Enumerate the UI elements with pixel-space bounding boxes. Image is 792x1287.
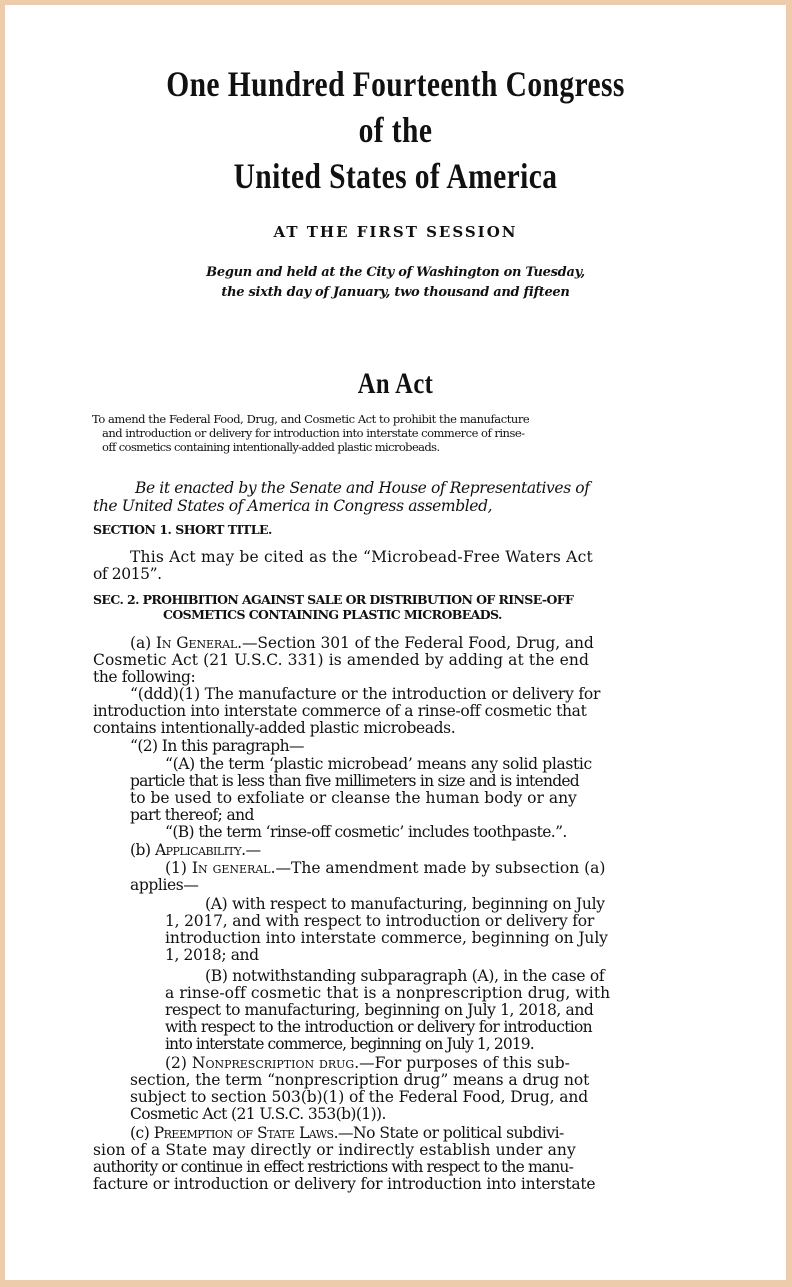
subsection-b-line10: with respect to the introduction or deli…	[165, 1018, 592, 1036]
congress-title-line3: United States of America	[75, 155, 715, 197]
subsection-a-line4: “(ddd)(1) The manufacture or the introdu…	[130, 685, 600, 703]
subsection-a-line1: (a) In General.—Section 301 of the Feder…	[130, 634, 594, 652]
purpose-line2: and introduction or delivery for introdu…	[102, 426, 525, 440]
subsection-c-line3: authority or continue in effect restrict…	[93, 1158, 573, 1176]
subsection-b-heading: (b) Applicability.—	[130, 841, 261, 859]
subsection-b-line11: into interstate commerce, beginning on J…	[165, 1035, 534, 1053]
enacting-clause-line2: the United States of America in Congress…	[93, 497, 492, 515]
subsection-a-line6: contains intentionally-added plastic mic…	[93, 719, 455, 737]
section1-line1: This Act may be cited as the “Microbead-…	[130, 548, 593, 566]
paragraph-b2-prefix: (2)	[165, 1054, 192, 1072]
paragraph-b2-line1: (2) Nonprescription drug.—For purposes o…	[165, 1054, 570, 1072]
subsection-a-label: In General	[156, 634, 237, 652]
subsection-b-prefix: (b)	[130, 841, 155, 859]
subsection-b-line6: 1, 2018; and	[165, 946, 259, 964]
subsection-c-line1: (c) Preemption of State Laws.—No State o…	[130, 1124, 564, 1142]
subsection-a-line7: “(2) In this paragraph—	[130, 737, 304, 755]
subsection-a-prefix: (a)	[130, 634, 156, 652]
subsection-a-line9: particle that is less than five millimet…	[130, 772, 579, 790]
congress-title-line2: of the	[75, 109, 715, 151]
section1-line2: of 2015”.	[93, 565, 162, 583]
section2-heading-line1: SEC. 2. PROHIBITION AGAINST SALE OR DIST…	[93, 592, 573, 607]
paragraph-b2-line3: subject to section 503(b)(1) of the Fede…	[130, 1088, 588, 1106]
subsection-c-text: .—No State or political subdivi-	[334, 1124, 564, 1142]
subsection-a-line10: to be used to exfoliate or cleanse the h…	[130, 789, 577, 807]
subsection-a-line8: “(A) the term ‘plastic microbead’ means …	[165, 755, 592, 773]
subsection-a-line5: introduction into interstate commerce of…	[93, 702, 586, 720]
begun-line2: the sixth day of January, two thousand a…	[5, 285, 786, 300]
purpose-line3: off cosmetics containing intentionally-a…	[102, 440, 440, 454]
subsection-c-line2: sion of a State may directly or indirect…	[93, 1141, 576, 1159]
paragraph-b2-line2: section, the term “nonprescription drug”…	[130, 1071, 589, 1089]
subsection-b-line2: applies—	[130, 876, 198, 894]
subsection-b-line5: introduction into interstate commerce, b…	[165, 929, 608, 947]
subsection-a-line12: “(B) the term ‘rinse-off cosmetic’ inclu…	[165, 823, 567, 841]
section2-heading-line2: COSMETICS CONTAINING PLASTIC MICROBEADS.	[163, 607, 502, 622]
purpose-line1: To amend the Federal Food, Drug, and Cos…	[92, 412, 529, 426]
subsection-b-line3: (A) with respect to manufacturing, begin…	[205, 895, 605, 913]
document-page: One Hundred Fourteenth Congress of the U…	[5, 5, 786, 1280]
act-title: An Act	[75, 367, 715, 401]
paragraph-b2-line4: Cosmetic Act (21 U.S.C. 353(b)(1)).	[130, 1105, 386, 1123]
paragraph-b1-prefix: (1)	[165, 859, 192, 877]
session-heading: AT THE FIRST SESSION	[5, 223, 786, 241]
subsection-a-line2: Cosmetic Act (21 U.S.C. 331) is amended …	[93, 651, 589, 669]
subsection-b-suffix: .—	[241, 841, 260, 859]
paragraph-b1-text: .—The amendment made by subsection (a)	[271, 859, 606, 877]
subsection-a-line11: part thereof; and	[130, 806, 254, 824]
subsection-b-line4: 1, 2017, and with respect to introductio…	[165, 912, 594, 930]
subsection-b-line1: (1) In general.—The amendment made by su…	[165, 859, 605, 877]
paragraph-b2-text: .—For purposes of this sub-	[354, 1054, 570, 1072]
subsection-a-text: .—Section 301 of the Federal Food, Drug,…	[237, 634, 594, 652]
paragraph-b2-label: Nonprescription drug	[192, 1054, 354, 1072]
subsection-b-line9: respect to manufacturing, beginning on J…	[165, 1001, 593, 1019]
begun-line1: Begun and held at the City of Washington…	[5, 265, 786, 280]
subsection-b-line7: (B) notwithstanding subparagraph (A), in…	[205, 967, 604, 985]
paragraph-b1-label: In general	[192, 859, 271, 877]
congress-title-line1: One Hundred Fourteenth Congress	[75, 63, 715, 105]
subsection-a-line3: the following:	[93, 668, 195, 686]
subsection-c-label: Preemption of State Laws	[154, 1124, 334, 1142]
section1-heading: SECTION 1. SHORT TITLE.	[93, 522, 272, 537]
subsection-c-line4: facture or introduction or delivery for …	[93, 1175, 595, 1193]
enacting-clause-line1: Be it enacted by the Senate and House of…	[135, 479, 590, 497]
subsection-c-prefix: (c)	[130, 1124, 154, 1142]
subsection-b-line8: a rinse-off cosmetic that is a nonprescr…	[165, 984, 610, 1002]
subsection-b-label: Applicability	[155, 841, 241, 859]
